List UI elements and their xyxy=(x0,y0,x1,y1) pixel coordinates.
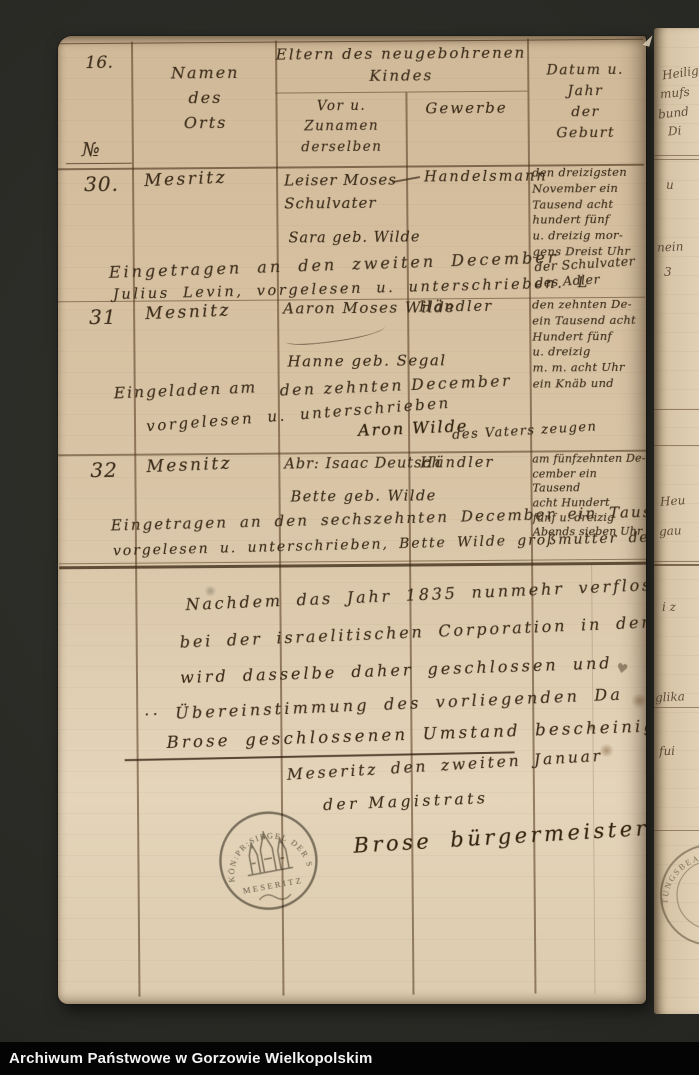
row-birthdate: am fünfzehnten De- cember ein Tausend ac… xyxy=(532,452,646,541)
closing-line: wird dasselbe daher geschlossen und xyxy=(180,653,613,689)
col-header-place: Namen des Orts xyxy=(135,61,276,136)
ruled-line xyxy=(654,830,699,831)
row-place: Mesnitz xyxy=(146,452,233,478)
subheader-divider xyxy=(275,91,527,94)
heart-doodle: ♥ xyxy=(614,661,629,680)
col-header-names: Vor u. Zunamen derselben xyxy=(279,96,403,158)
ruled-line xyxy=(654,564,699,566)
col-header-no: № xyxy=(82,138,101,163)
ink-stain xyxy=(630,694,646,708)
row-father-name: Leiser Moses Schulvater xyxy=(284,169,397,216)
col-header-birthdate: Datum u. Jahr der Geburt xyxy=(529,60,642,145)
row-number: 32 xyxy=(90,457,118,483)
closing-line: Nachdem das Jahr 1835 nunmehr verflossen xyxy=(185,574,646,616)
stamp-city-text: MESERITZ xyxy=(242,875,304,896)
row-birthdate: den zehnten De- ein Tausend acht Hundert… xyxy=(532,297,646,392)
closing-line: bei der israelitischen Corporation in de… xyxy=(179,612,646,653)
handwriting-fragment: nein xyxy=(657,239,684,254)
ruled-line xyxy=(654,159,699,160)
ruled-line xyxy=(654,707,699,708)
city-seal-stamp: KÖN:PR:SIEGEL DER STADT MESERITZ xyxy=(208,800,329,921)
closing-place-date: Meseritz den zweiten Januar xyxy=(286,746,603,785)
stamp-ornament xyxy=(259,891,292,904)
row-number: 31 xyxy=(89,304,117,330)
col-header-parents: Eltern des neugebohrenen Kindes xyxy=(275,43,527,88)
row-father-name: Abr: Isaac Deutsch xyxy=(284,454,442,474)
adjacent-page: Heilig mufs bund Di u nein 3 Heu gau i z… xyxy=(654,28,699,1014)
scan-viewport: 16. № Namen des Orts Eltern des neugeboh… xyxy=(0,0,699,1075)
row-number: 30. xyxy=(84,171,119,197)
ruled-line xyxy=(654,155,699,156)
handwriting-fragment: bund xyxy=(657,104,689,121)
official-seal-stamp-partial: TUNGSBEAMTEN Cor xyxy=(654,836,699,953)
row-mother-name: Hanne geb. Segal xyxy=(287,351,446,372)
archive-caption-text: Archiwum Państwowe w Gorzowie Wielkopols… xyxy=(9,1050,373,1067)
row-trade: Händler xyxy=(419,298,493,317)
closing-authority: der Magistrats xyxy=(323,788,489,815)
register-sheet: 16. № Namen des Orts Eltern des neugeboh… xyxy=(58,36,646,1004)
row-place: Mesritz xyxy=(144,167,228,193)
page-fold-corner xyxy=(642,33,652,46)
handwriting-fragment: Heilig xyxy=(661,64,699,83)
row-birthdate: den dreizigsten November ein Tausend ach… xyxy=(532,165,645,260)
handwriting-fragment: 3 xyxy=(664,265,672,279)
register-page: 16. № Namen des Orts Eltern des neugeboh… xyxy=(58,36,646,1004)
ruled-line xyxy=(654,445,699,446)
archive-caption-bar: Archiwum Państwowe w Gorzowie Wielkopols… xyxy=(0,1042,699,1075)
no-underline xyxy=(66,163,132,165)
page-corner-number: 16. xyxy=(85,52,113,74)
closing-signature: Brose bürgermeister xyxy=(353,815,646,860)
handwriting-fragment: u xyxy=(666,178,674,192)
row-place: Mesnitz xyxy=(145,299,232,325)
row-mother-name: Bette geb. Wilde xyxy=(291,487,437,507)
row-registration-note: den zehnten December xyxy=(279,371,512,401)
row-trade: Handelsmann xyxy=(424,167,548,187)
col-header-trade: Gewerbe xyxy=(407,99,525,119)
ruled-line xyxy=(654,409,699,410)
handwriting-fragment: glika xyxy=(655,689,685,705)
row-witness-note: der Schulvater des Adler xyxy=(534,253,637,292)
handwriting-fragment: gau xyxy=(659,523,682,538)
handwriting-fragment: fui xyxy=(659,744,675,759)
row-witness-note: des Vaters zeugen xyxy=(452,419,598,445)
row-mother-name: Sara geb. Wilde xyxy=(288,228,420,248)
pen-swash xyxy=(285,321,386,346)
row-trade: Händler xyxy=(420,454,494,473)
handwriting-fragment: Heu xyxy=(660,493,686,509)
ruled-line xyxy=(654,561,699,562)
handwriting-fragment: i z xyxy=(662,600,676,614)
handwriting-fragment: mufs xyxy=(659,85,690,102)
handwriting-fragment: Di xyxy=(668,124,682,139)
